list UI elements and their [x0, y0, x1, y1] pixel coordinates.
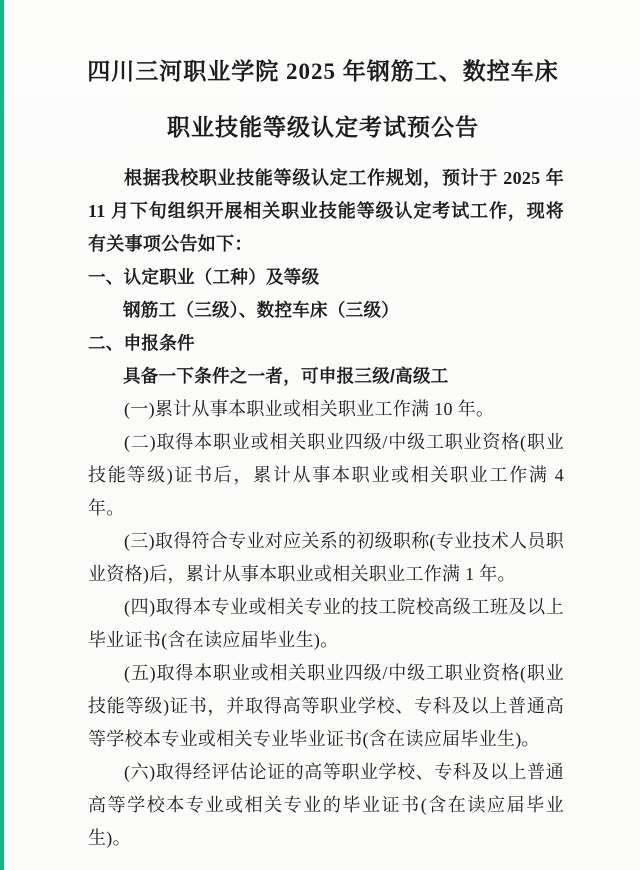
scanned-document-page: 四川三河职业学院 2025 年钢筋工、数控车床 职业技能等级认定考试预公告 根据… [0, 0, 640, 870]
left-accent-strip [0, 0, 4, 870]
intro-paragraph: 根据我校职业技能等级认定工作规划，预计于 2025 年 11 月下旬组织开展相关… [88, 162, 564, 261]
announcement-document: 四川三河职业学院 2025 年钢筋工、数控车床 职业技能等级认定考试预公告 根据… [88, 44, 564, 855]
condition-item-4: (四)取得本专业或相关专业的技工院校高级工班及以上毕业证书(含在读应届毕业生)。 [88, 591, 564, 657]
condition-item-1: (一)累计从事本职业或相关职业工作满 10 年。 [88, 393, 564, 426]
condition-item-6: (六)取得经评估论证的高等职业学校、专科及以上普通高等学校本专业或相关专业的毕业… [88, 756, 564, 855]
section-2-intro: 具备一下条件之一者，可申报三级/高级工 [88, 360, 564, 393]
condition-item-2: (二)取得本职业或相关职业四级/中级工职业资格(职业技能等级)证书后，累计从事本… [88, 426, 564, 525]
title-line-1: 四川三河职业学院 2025 年钢筋工、数控车床 [87, 59, 559, 84]
section-2-heading: 二、申报条件 [88, 327, 564, 360]
title-line-2: 职业技能等级认定考试预公告 [167, 115, 479, 140]
section-1-heading: 一、认定职业（工种）及等级 [88, 261, 564, 294]
section-1-body: 钢筋工（三级）、数控车床（三级） [88, 294, 564, 327]
document-title: 四川三河职业学院 2025 年钢筋工、数控车床 职业技能等级认定考试预公告 [82, 44, 564, 156]
document-body: 根据我校职业技能等级认定工作规划，预计于 2025 年 11 月下旬组织开展相关… [88, 162, 564, 855]
condition-item-3: (三)取得符合专业对应关系的初级职称(专业技术人员职业资格)后，累计从事本职业或… [88, 525, 564, 591]
condition-item-5: (五)取得本职业或相关职业四级/中级工职业资格(职业技能等级)证书，并取得高等职… [88, 657, 564, 756]
